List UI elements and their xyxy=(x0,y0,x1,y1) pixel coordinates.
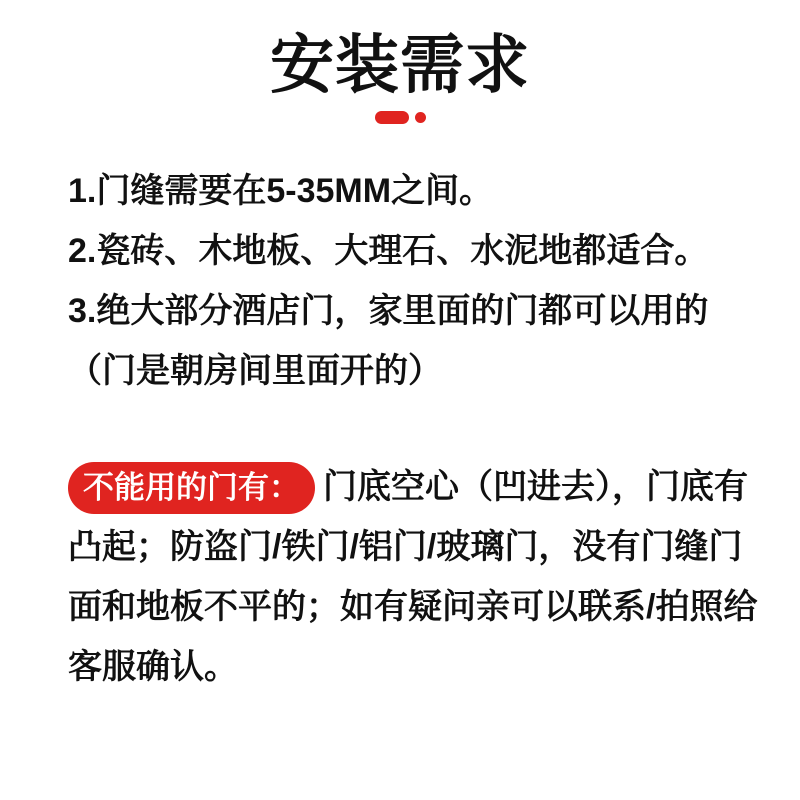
warning-badge: 不能用的门有： xyxy=(68,462,315,514)
page-title: 安装需求 xyxy=(0,33,800,97)
requirement-item-3: 3.绝大部分酒店门，家里面的门都可以用的（门是朝房间里面开的） xyxy=(68,281,740,401)
installation-requirements-page: 安装需求 1.门缝需要在5-35MM之间。 2.瓷砖、木地板、大理石、水泥地都适… xyxy=(0,0,800,800)
requirement-item-2: 2.瓷砖、木地板、大理石、水泥地都适合。 xyxy=(68,221,740,281)
accent-dash-icon xyxy=(375,111,409,124)
requirements-list: 1.门缝需要在5-35MM之间。 2.瓷砖、木地板、大理石、水泥地都适合。 3.… xyxy=(0,161,740,401)
requirement-item-1: 1.门缝需要在5-35MM之间。 xyxy=(68,161,740,221)
warning-paragraph: 不能用的门有：门底空心（凹进去），门底有凸起；防盗门/铁门/铝门/玻璃门，没有门… xyxy=(0,457,770,697)
title-underline-accent xyxy=(0,111,800,124)
accent-dot-icon xyxy=(415,112,426,123)
